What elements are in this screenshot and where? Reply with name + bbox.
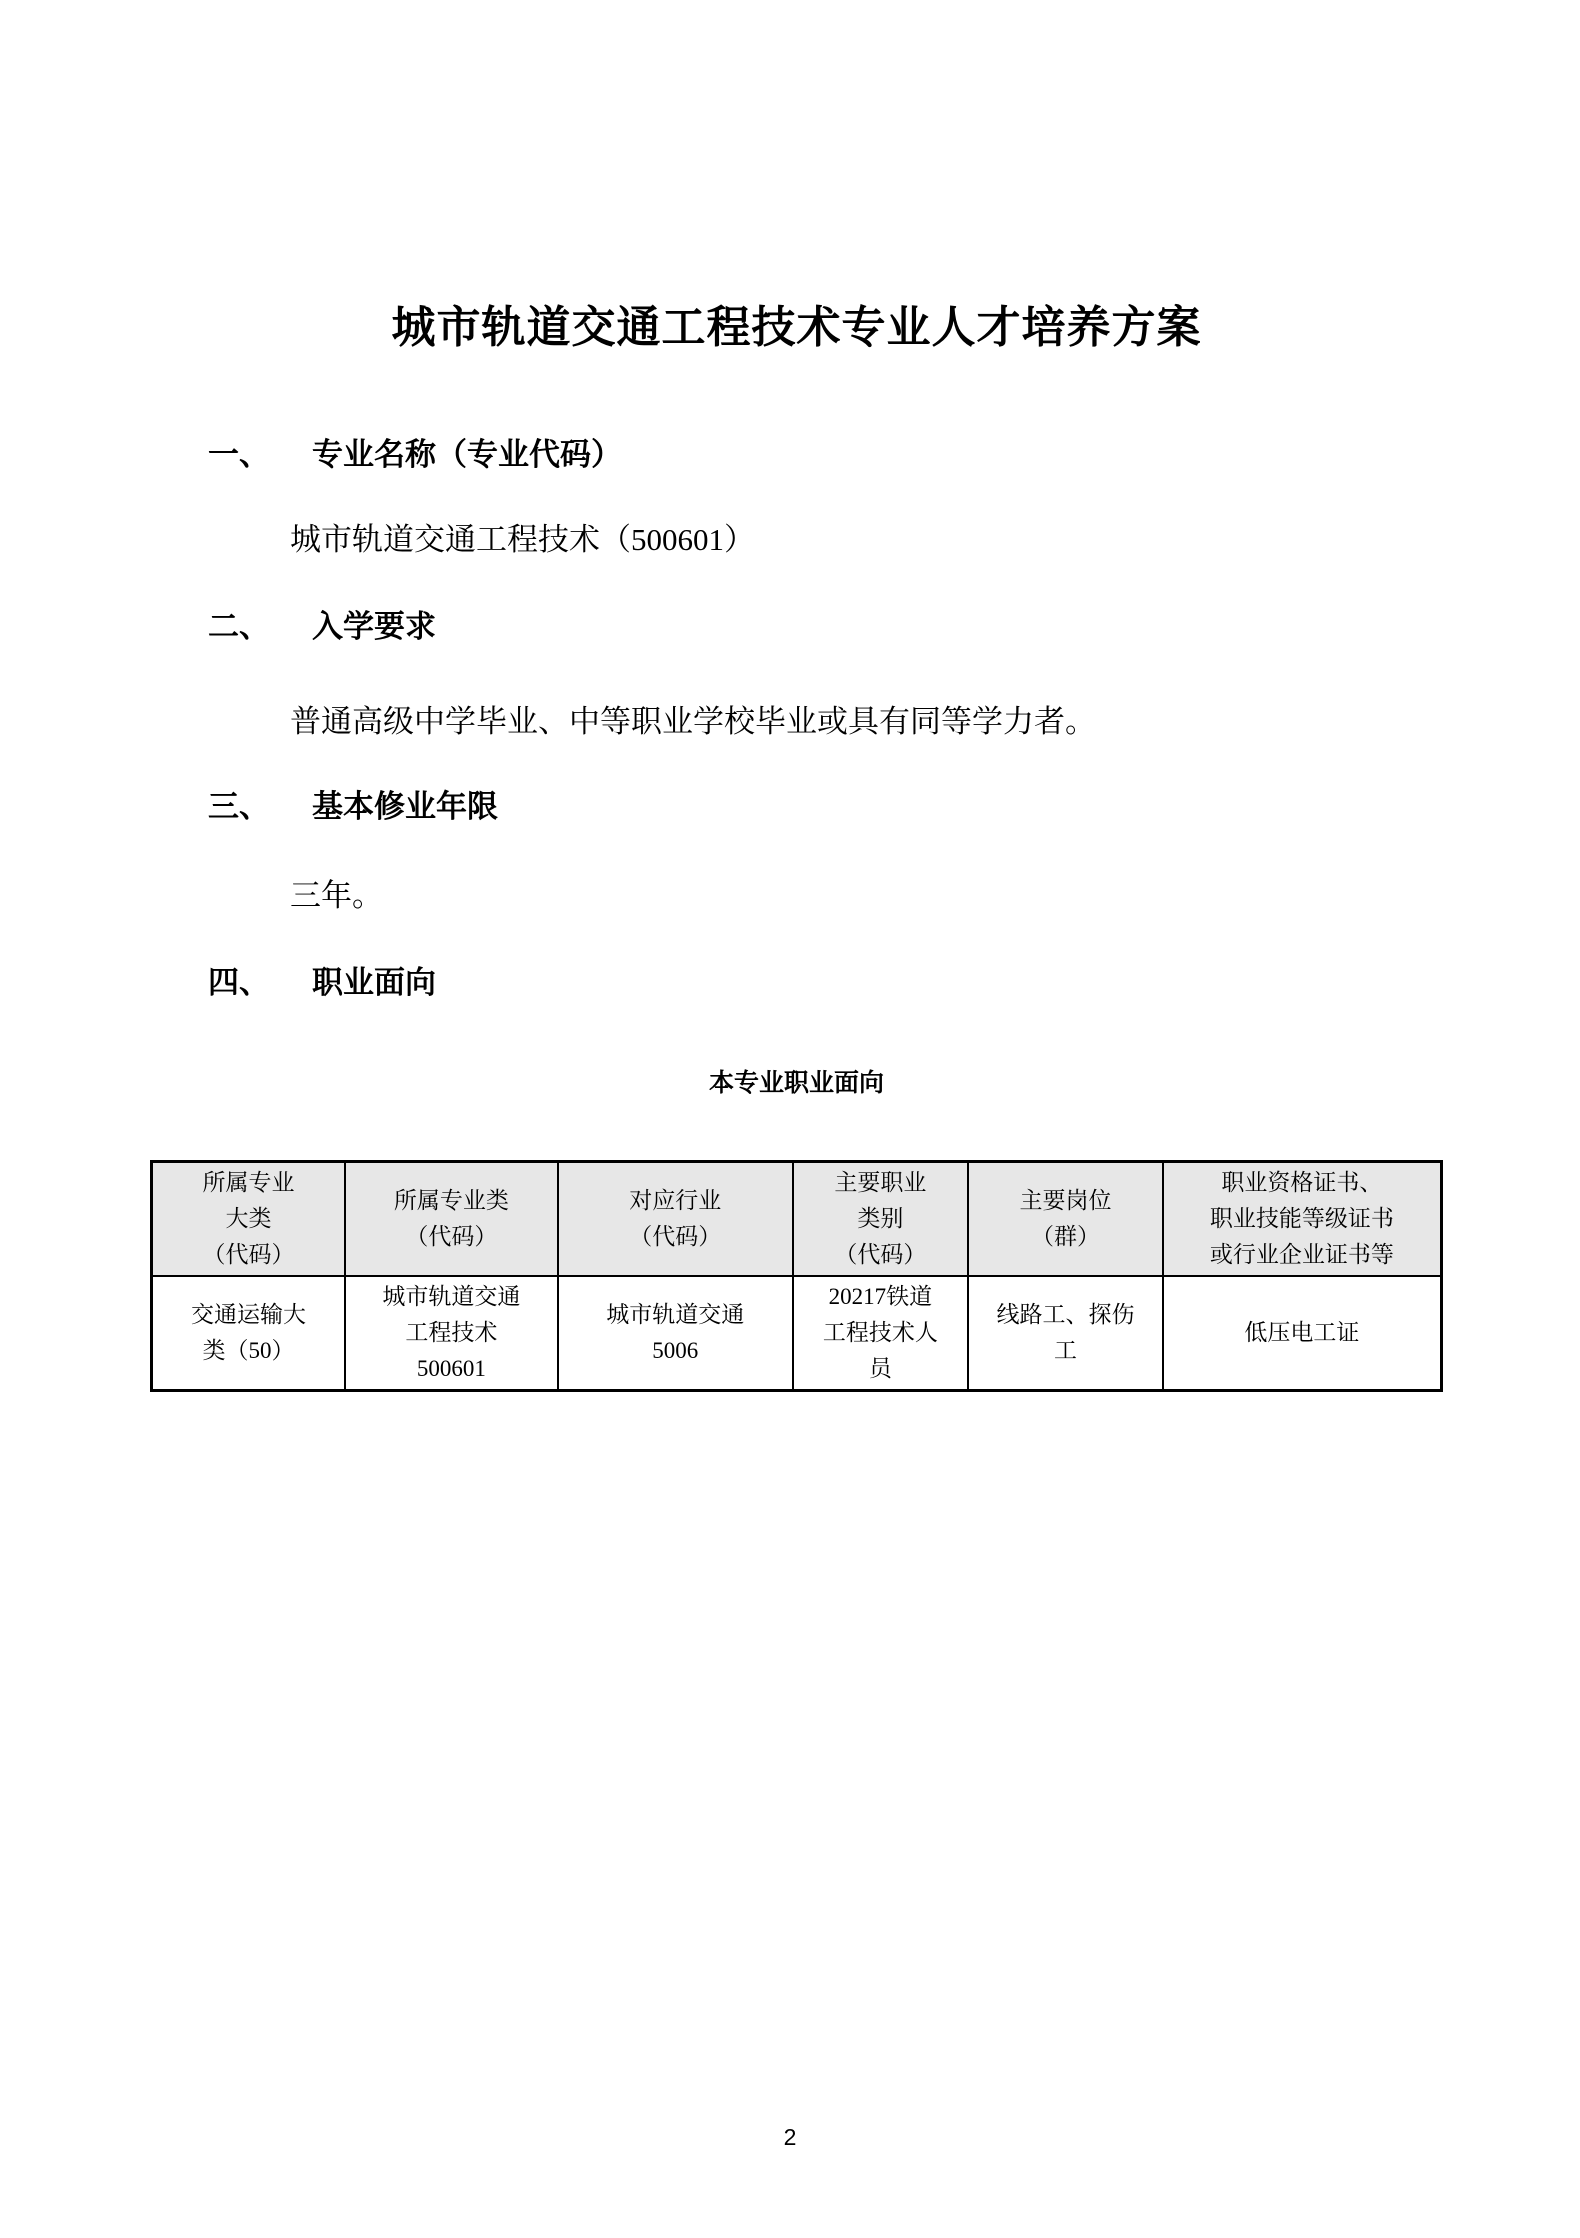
cell-occupation-category: 20217铁道 工程技术人 员 [793,1276,968,1391]
header-cell-industry: 对应行业 （代码） [558,1162,793,1277]
table-row: 交通运输大 类（50） 城市轨道交通 工程技术 500601 城市轨道交通 50… [152,1276,1442,1391]
cell-main-posts: 线路工、探伤 工 [968,1276,1163,1391]
section-body-2: 普通高级中学毕业、中等职业学校毕业或具有同等学力者。 [290,704,1096,740]
cell-major-category: 交通运输大 类（50） [152,1276,346,1391]
section-heading-4: 四、职业面向 [208,966,436,1000]
section-body-1: 城市轨道交通工程技术（500601） [290,522,755,558]
section-heading-3: 三、基本修业年限 [208,790,498,824]
section-label-2: 入学要求 [312,609,436,644]
section-heading-1: 一、专业名称（专业代码） [208,438,622,472]
cell-industry: 城市轨道交通 5006 [558,1276,793,1391]
section-number-3: 三、 [208,789,270,824]
page-number: 2 [0,2124,1580,2152]
cell-major-class: 城市轨道交通 工程技术 500601 [345,1276,558,1391]
section-body-3: 三年。 [290,878,383,914]
header-cell-major-class: 所属专业类 （代码） [345,1162,558,1277]
section-number-2: 二、 [208,609,270,644]
cell-certificates: 低压电工证 [1163,1276,1442,1391]
header-cell-occupation-category: 主要职业 类别 （代码） [793,1162,968,1277]
header-cell-certificates: 职业资格证书、 职业技能等级证书 或行业企业证书等 [1163,1162,1442,1277]
table-caption: 本专业职业面向 [150,1068,1443,1098]
header-cell-main-posts: 主要岗位 （群） [968,1162,1163,1277]
document-page: 城市轨道交通工程技术专业人才培养方案 一、专业名称（专业代码） 城市轨道交通工程… [0,0,1580,2238]
section-label-4: 职业面向 [312,965,436,1000]
section-label-1: 专业名称（专业代码） [312,437,622,472]
table-header-row: 所属专业 大类 （代码） 所属专业类 （代码） 对应行业 （代码） 主要职业 类… [152,1162,1442,1277]
page-title: 城市轨道交通工程技术专业人才培养方案 [150,300,1443,355]
job-orientation-table: 所属专业 大类 （代码） 所属专业类 （代码） 对应行业 （代码） 主要职业 类… [150,1160,1443,1392]
section-label-3: 基本修业年限 [312,789,498,824]
section-heading-2: 二、入学要求 [208,610,436,644]
header-cell-major-category: 所属专业 大类 （代码） [152,1162,346,1277]
section-number-1: 一、 [208,437,270,472]
section-number-4: 四、 [208,965,270,1000]
